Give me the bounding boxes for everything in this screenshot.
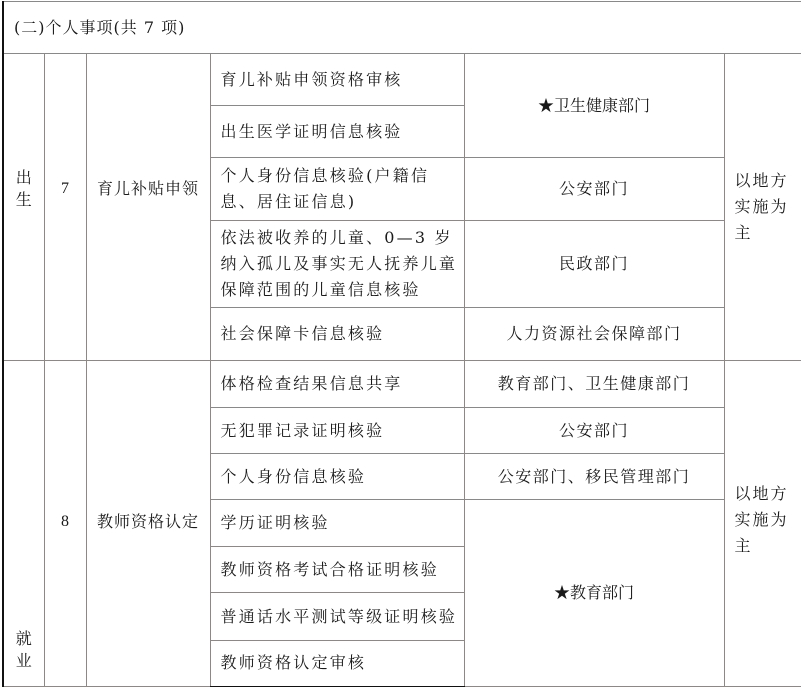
sub-item: 体格检查结果信息共享 — [210, 361, 464, 408]
section-header-row: (二)个人事项(共 7 项) — [3, 2, 801, 54]
sub-item: 依法被收养的儿童、0—3 岁纳入孤儿及事实无人抚养儿童保障范围的儿童信息核验 — [210, 221, 464, 308]
category-cell-birth: 出生 — [3, 54, 44, 361]
lead-department-label: ★卫生健康部门 — [538, 96, 650, 115]
category-label: 就业 — [16, 628, 32, 672]
sub-item: 学历证明核验 — [210, 500, 464, 547]
department-cell-lead: ★卫生健康部门 — [464, 54, 724, 158]
section-title: (二)个人事项(共 7 项) — [3, 2, 801, 54]
department-cell: 民政部门 — [464, 221, 724, 308]
implementation-note: 以地方实施为主 — [735, 168, 795, 246]
item-number-cell: 7 — [44, 54, 86, 361]
sub-item: 社会保障卡信息核验 — [210, 308, 464, 361]
sub-item: 教师资格考试合格证明核验 — [210, 547, 464, 593]
implementation-note-cell: 以地方实施为主 — [724, 54, 801, 361]
sub-item: 普通话水平测试等级证明核验 — [210, 593, 464, 641]
personal-matters-table: (二)个人事项(共 7 项) 出生 7 育儿补贴申领 育儿补贴申领资格审核 ★卫… — [2, 1, 801, 687]
implementation-note-cell: 以地方实施为主 — [724, 361, 801, 687]
sub-item: 个人身份信息核验 — [210, 454, 464, 500]
item-number-cell: 8 — [44, 361, 86, 687]
department-cell: 人力资源社会保障部门 — [464, 308, 724, 361]
table-row: 就业 8 教师资格认定 体格检查结果信息共享 教育部门、卫生健康部门 以地方实施… — [3, 361, 801, 408]
department-cell: 教育部门、卫生健康部门 — [464, 361, 724, 408]
sub-item: 育儿补贴申领资格审核 — [210, 54, 464, 106]
sub-item: 出生医学证明信息核验 — [210, 106, 464, 158]
matter-name-cell: 教师资格认定 — [86, 361, 210, 687]
lead-department-label: ★教育部门 — [554, 583, 634, 602]
category-label: 出生 — [16, 167, 32, 211]
matter-name-cell: 育儿补贴申领 — [86, 54, 210, 361]
category-cell-employment: 就业 — [3, 361, 44, 687]
implementation-note: 以地方实施为主 — [735, 481, 795, 559]
sub-item: 无犯罪记录证明核验 — [210, 408, 464, 454]
department-cell: 公安部门 — [464, 158, 724, 221]
department-cell: 公安部门 — [464, 408, 724, 454]
sub-item: 教师资格认定审核 — [210, 641, 464, 687]
department-cell: 公安部门、移民管理部门 — [464, 454, 724, 500]
table-row: 出生 7 育儿补贴申领 育儿补贴申领资格审核 ★卫生健康部门 以地方实施为主 — [3, 54, 801, 106]
government-matters-table-page: (二)个人事项(共 7 项) 出生 7 育儿补贴申领 育儿补贴申领资格审核 ★卫… — [0, 0, 801, 687]
department-cell-lead: ★教育部门 — [464, 500, 724, 687]
sub-item: 个人身份信息核验(户籍信息、居住证信息) — [210, 158, 464, 221]
